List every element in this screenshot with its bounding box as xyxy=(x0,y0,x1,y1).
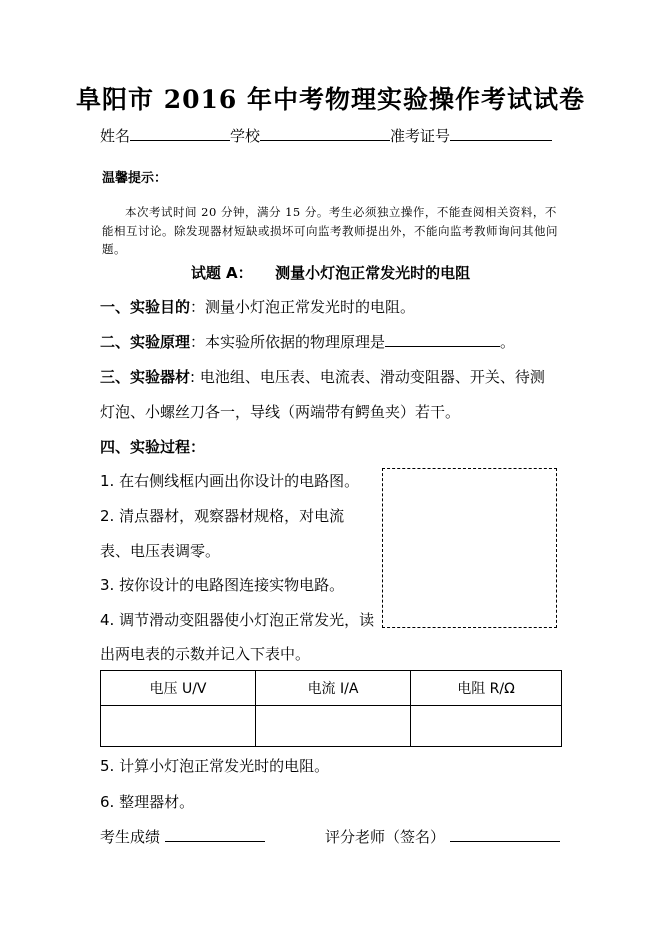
header-current: 电流 I/A xyxy=(256,671,411,706)
tips-body: 本次考试时间 20 分钟，满分 15 分。考生必须独立操作，不能查阅相关资料，不… xyxy=(102,203,562,259)
materials-text-2: 灯泡、小螺丝刀各一，导线（两端带有鳄鱼夹）若干。 xyxy=(100,401,460,422)
school-field[interactable] xyxy=(260,126,390,141)
cell-current[interactable] xyxy=(256,706,411,747)
table-row xyxy=(101,706,562,747)
name-label: 姓名 xyxy=(100,127,130,145)
circuit-drawing-box[interactable] xyxy=(382,468,557,628)
materials-label: 实验器材 xyxy=(130,368,190,386)
purpose-text: ：测量小灯泡正常发光时的电阻。 xyxy=(190,298,415,316)
step-1: 1. 在右侧线框内画出你设计的电路图。 xyxy=(100,470,359,491)
exam-id-field[interactable] xyxy=(450,126,552,141)
section-purpose: 一、实验目的：测量小灯泡正常发光时的电阻。 xyxy=(100,296,415,317)
teacher-signature-field[interactable] xyxy=(450,827,560,842)
principle-answer-field[interactable] xyxy=(385,332,500,347)
header-resistance: 电阻 R/Ω xyxy=(411,671,562,706)
section-materials: 三、实验器材: 电池组、电压表、电流表、滑动变阻器、开关、待测 xyxy=(100,366,545,387)
page-title: 阜阳市 2016 年中考物理实验操作考试试卷 xyxy=(0,80,661,116)
score-label: 考生成绩 xyxy=(100,828,160,846)
step-2a: 2. 清点器材，观察器材规格，对电流 xyxy=(100,505,344,526)
measurement-table: 电压 U/V 电流 I/A 电阻 R/Ω xyxy=(100,670,562,747)
principle-label: 实验原理 xyxy=(130,333,190,351)
exam-id-label: 准考证号 xyxy=(390,127,450,145)
cell-voltage[interactable] xyxy=(101,706,256,747)
materials-num: 三、 xyxy=(100,368,130,386)
score-field[interactable] xyxy=(165,827,265,842)
principle-num: 二、 xyxy=(100,333,130,351)
cell-resistance[interactable] xyxy=(411,706,562,747)
header-voltage: 电压 U/V xyxy=(101,671,256,706)
step-4b: 出两电表的示数并记入下表中。 xyxy=(100,643,310,664)
purpose-num: 一、 xyxy=(100,298,130,316)
school-label: 学校 xyxy=(230,127,260,145)
materials-text-1: : 电池组、电压表、电流表、滑动变阻器、开关、待测 xyxy=(190,368,545,386)
principle-text: ：本实验所依据的物理原理是 xyxy=(190,333,385,351)
principle-end: 。 xyxy=(500,333,515,351)
process-label: 四、实验过程： xyxy=(100,436,205,457)
name-field[interactable] xyxy=(130,126,230,141)
step-6: 6. 整理器材。 xyxy=(100,791,194,812)
score-row: 考生成绩 xyxy=(100,826,265,847)
teacher-row: 评分老师（签名） xyxy=(325,826,560,847)
header-fields: 姓名学校准考证号 xyxy=(100,125,552,146)
tips-title: 温馨提示： xyxy=(102,167,167,186)
purpose-label: 实验目的 xyxy=(130,298,190,316)
step-4a: 4. 调节滑动变阻器使小灯泡正常发光，读 xyxy=(100,609,374,630)
step-2b: 表、电压表调零。 xyxy=(100,540,220,561)
step-5: 5. 计算小灯泡正常发光时的电阻。 xyxy=(100,755,329,776)
step-3: 3. 按你设计的电路图连接实物电路。 xyxy=(100,574,344,595)
question-title: 试题 A： 测量小灯泡正常发光时的电阻 xyxy=(0,262,661,283)
section-principle: 二、实验原理：本实验所依据的物理原理是。 xyxy=(100,331,515,352)
teacher-label: 评分老师（签名） xyxy=(325,828,445,846)
table-header-row: 电压 U/V 电流 I/A 电阻 R/Ω xyxy=(101,671,562,706)
